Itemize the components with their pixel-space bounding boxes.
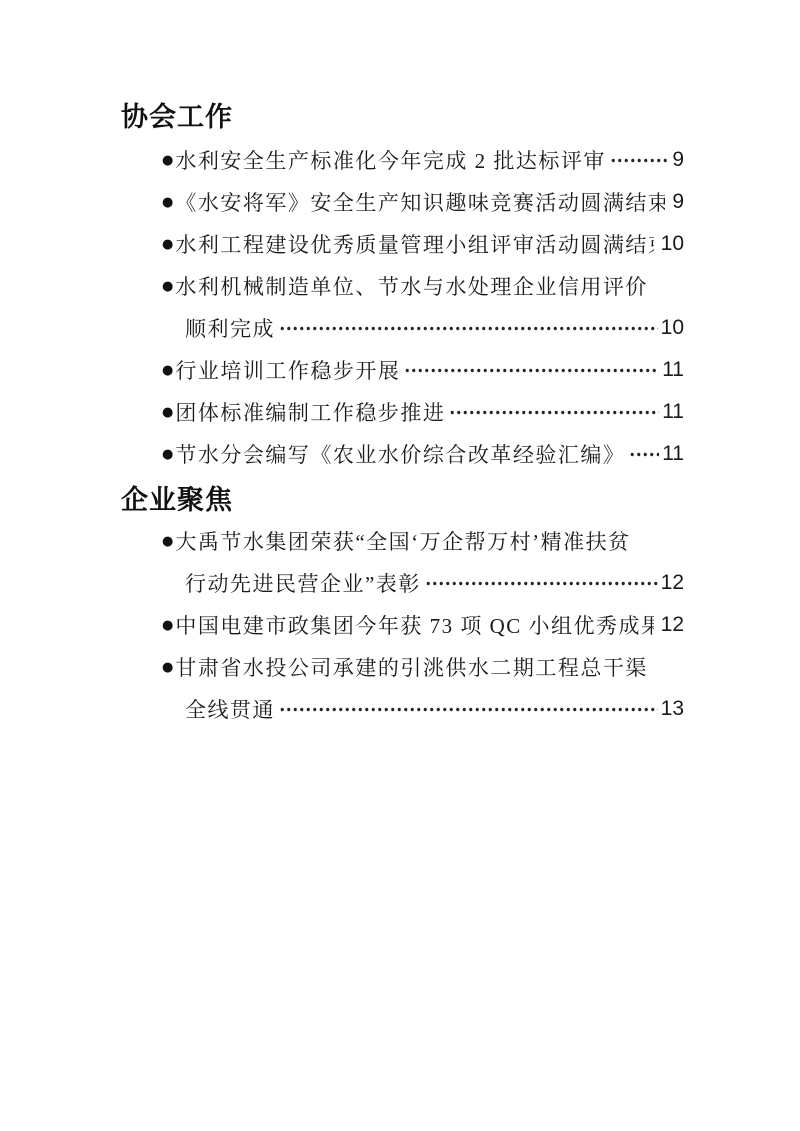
page-number: 9 <box>672 148 684 172</box>
toc-entry-text: 《水安将军》安全生产知识趣味竞赛活动圆满结束 <box>175 187 665 217</box>
bullet-icon: ● <box>162 405 173 420</box>
page-number: 10 <box>661 316 684 340</box>
bullet-icon: ● <box>162 534 173 549</box>
dot-leader <box>449 391 659 433</box>
toc-entry-line[interactable]: ● 行业培训工作稳步开展 11 <box>162 349 684 391</box>
page-number: 11 <box>662 400 684 424</box>
dot-leader <box>404 349 659 391</box>
toc-content: 协会工作 ● 水利安全生产标准化今年完成 2 批达标评审 9 ● 《水安将军》安… <box>121 100 684 730</box>
section-title: 协会工作 <box>121 100 684 134</box>
toc-entry-text: 水利机械制造单位、节水与水处理企业信用评价 <box>175 271 648 301</box>
page-number: 9 <box>672 190 684 214</box>
toc-entry-line[interactable]: ● 大禹节水集团荣获“全国‘万企帮万村’精准扶贫 <box>162 520 684 562</box>
page-number: 11 <box>662 358 684 382</box>
toc-entry-text: 行业培训工作稳步开展 <box>175 355 400 385</box>
toc-entry-line[interactable]: ● 节水分会编写《农业水价综合改革经验汇编》 11 <box>162 433 684 475</box>
page-number: 13 <box>661 697 684 721</box>
toc-entry-line[interactable]: ● 水利工程建设优秀质量管理小组评审活动圆满结束 10 <box>162 223 684 265</box>
toc-entry-text: 团体标准编制工作稳步推进 <box>175 397 445 427</box>
toc-entry-line[interactable]: ● 中国电建市政集团今年获 73 项 QC 小组优秀成果 12 <box>162 604 684 646</box>
toc-entry-text: 甘肃省水投公司承建的引洮供水二期工程总干渠 <box>175 652 648 682</box>
bullet-icon: ● <box>162 363 173 378</box>
page-number: 12 <box>661 571 684 595</box>
toc-entry-text: 水利工程建设优秀质量管理小组评审活动圆满结束 <box>175 229 653 259</box>
bullet-icon: ● <box>162 660 173 675</box>
dot-leader <box>425 562 658 604</box>
bullet-icon: ● <box>162 618 173 633</box>
toc-entry-line-continuation[interactable]: 全线贯通 13 <box>162 688 684 730</box>
toc-entry-line[interactable]: ● 水利机械制造单位、节水与水处理企业信用评价 <box>162 265 684 307</box>
toc-entry-line[interactable]: ● 水利安全生产标准化今年完成 2 批达标评审 9 <box>162 139 684 181</box>
bullet-icon: ● <box>162 447 173 462</box>
dot-leader <box>629 433 659 475</box>
bullet-icon: ● <box>162 153 173 168</box>
page-number: 11 <box>662 442 684 466</box>
toc-items: ● 水利安全生产标准化今年完成 2 批达标评审 9 ● 《水安将军》安全生产知识… <box>162 139 684 475</box>
toc-entry-text: 顺利完成 <box>185 313 275 343</box>
bullet-icon: ● <box>162 279 173 294</box>
toc-entry-line-continuation[interactable]: 行动先进民营企业”表彰 12 <box>162 562 684 604</box>
toc-entry-line[interactable]: ● 《水安将军》安全生产知识趣味竞赛活动圆满结束 9 <box>162 181 684 223</box>
section-enterprise-focus: 企业聚焦 ● 大禹节水集团荣获“全国‘万企帮万村’精准扶贫 行动先进民营企业”表… <box>121 483 684 730</box>
toc-entry-line-continuation[interactable]: 顺利完成 10 <box>162 307 684 349</box>
page-number: 10 <box>661 232 684 256</box>
toc-entry-text: 大禹节水集团荣获“全国‘万企帮万村’精准扶贫 <box>175 526 630 556</box>
dot-leader <box>279 688 658 730</box>
toc-entry-text: 行动先进民营企业”表彰 <box>185 568 421 598</box>
bullet-icon: ● <box>162 237 173 252</box>
toc-entry-line[interactable]: ● 甘肃省水投公司承建的引洮供水二期工程总干渠 <box>162 646 684 688</box>
dot-leader <box>279 307 658 349</box>
toc-entry-text: 全线贯通 <box>185 694 275 724</box>
page-number: 12 <box>661 613 684 637</box>
toc-entry-line[interactable]: ● 团体标准编制工作稳步推进 11 <box>162 391 684 433</box>
toc-items: ● 大禹节水集团荣获“全国‘万企帮万村’精准扶贫 行动先进民营企业”表彰 12 … <box>162 520 684 730</box>
dot-leader <box>610 139 669 181</box>
section-title: 企业聚焦 <box>121 483 684 517</box>
toc-entry-text: 水利安全生产标准化今年完成 2 批达标评审 <box>175 145 606 175</box>
document-page: 协会工作 ● 水利安全生产标准化今年完成 2 批达标评审 9 ● 《水安将军》安… <box>0 0 800 1131</box>
bullet-icon: ● <box>162 195 173 210</box>
section-association-work: 协会工作 ● 水利安全生产标准化今年完成 2 批达标评审 9 ● 《水安将军》安… <box>121 100 684 475</box>
toc-entry-text: 中国电建市政集团今年获 73 项 QC 小组优秀成果 <box>175 610 653 640</box>
toc-entry-text: 节水分会编写《农业水价综合改革经验汇编》 <box>175 439 625 469</box>
